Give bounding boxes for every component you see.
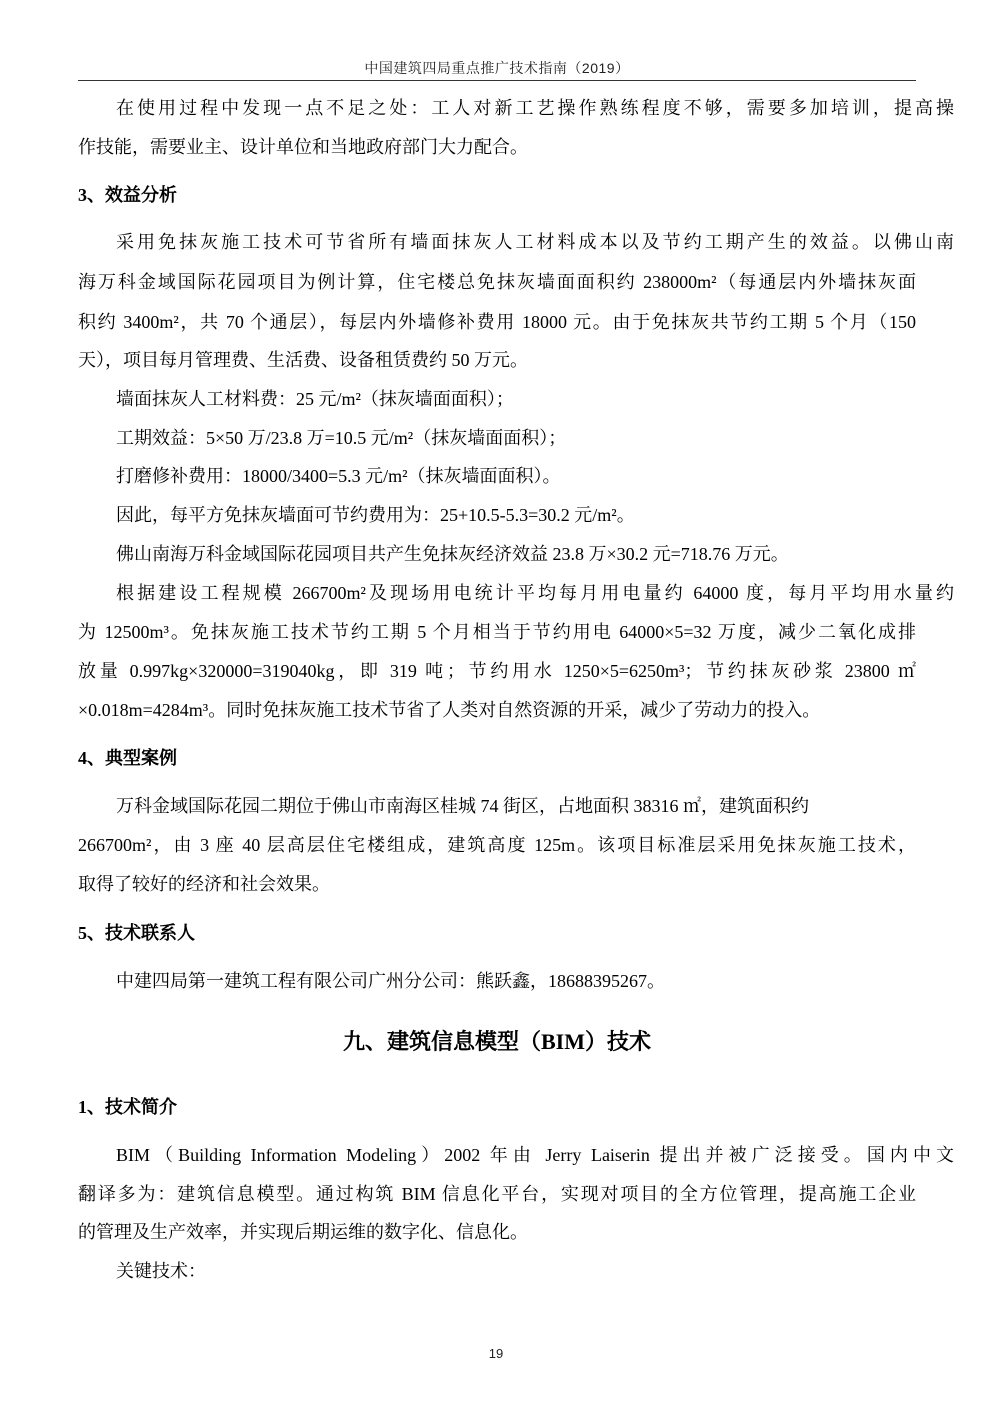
paragraph-line: ×0.018m=4284m³。同时免抹灰施工技术节省了人类对自然资源的开采，减少…	[78, 700, 916, 720]
paragraph-line: 取得了较好的经济和社会效果。	[78, 874, 916, 894]
paragraph-line: 海万科金域国际花园项目为例计算，住宅楼总免抹灰墙面面积约 238000m²（每通…	[78, 272, 916, 292]
calc-item: 工期效益：5×50 万/23.8 万=10.5 元/m²（抹灰墙面面积）；	[78, 428, 954, 448]
section-heading-typical-case: 4、典型案例	[78, 748, 177, 768]
paragraph-line: 翻译多为：建筑信息模型。通过构筑 BIM 信息化平台，实现对项目的全方位管理，提…	[78, 1184, 916, 1204]
paragraph-line: 在使用过程中发现一点不足之处：工人对新工艺操作熟练程度不够，需要多加培训，提高操	[78, 98, 954, 118]
section-heading-contact: 5、技术联系人	[78, 923, 195, 943]
calc-item: 墙面抹灰人工材料费：25 元/m²（抹灰墙面面积）；	[78, 389, 954, 409]
paragraph-line: BIM（Building Information Modeling）2002 年…	[78, 1145, 954, 1165]
running-header: 中国建筑四局重点推广技术指南（2019）	[78, 58, 916, 78]
paragraph-line: 天），项目每月管理费、生活费、设备租赁费约 50 万元。	[78, 350, 916, 370]
chapter-title: 九、建筑信息模型（BIM）技术	[78, 1030, 916, 1054]
calc-item: 佛山南海万科金域国际花园项目共产生免抹灰经济效益 23.8 万×30.2 元=7…	[78, 544, 954, 564]
paragraph-line: 根据建设工程规模 266700m²及现场用电统计平均每月用电量约 64000 度…	[78, 583, 954, 603]
section-heading-tech-intro: 1、技术简介	[78, 1097, 177, 1117]
paragraph-line: 的管理及生产效率，并实现后期运维的数字化、信息化。	[78, 1222, 916, 1242]
paragraph-line: 万科金域国际花园二期位于佛山市南海区桂城 74 街区，占地面积 38316 ㎡，…	[78, 796, 954, 816]
paragraph-line: 作技能，需要业主、设计单位和当地政府部门大力配合。	[78, 137, 916, 157]
calc-item: 打磨修补费用：18000/3400=5.3 元/m²（抹灰墙面面积）。	[78, 466, 954, 486]
paragraph-line: 放量 0.997kg×320000=319040kg，即 319 吨；节约用水 …	[78, 661, 916, 681]
paragraph-line: 积约 3400m²，共 70 个通层），每层内外墙修补费用 18000 元。由于…	[78, 312, 916, 332]
page-number: 19	[0, 1346, 992, 1361]
paragraph-line: 采用免抹灰施工技术可节省所有墙面抹灰人工材料成本以及节约工期产生的效益。以佛山南	[78, 232, 954, 252]
calc-item: 因此，每平方免抹灰墙面可节约费用为：25+10.5-5.3=30.2 元/m²。	[78, 505, 954, 525]
contact-line: 中建四局第一建筑工程有限公司广州分公司：熊跃鑫，18688395267。	[78, 971, 954, 991]
section-heading-benefit-analysis: 3、效益分析	[78, 185, 177, 205]
header-divider	[78, 80, 916, 81]
paragraph-line: 266700m²，由 3 座 40 层高层住宅楼组成，建筑高度 125m。该项目…	[78, 835, 916, 855]
key-tech-label: 关键技术：	[78, 1261, 954, 1281]
paragraph-line: 为 12500m³。免抹灰施工技术节约工期 5 个月相当于节约用电 64000×…	[78, 622, 916, 642]
